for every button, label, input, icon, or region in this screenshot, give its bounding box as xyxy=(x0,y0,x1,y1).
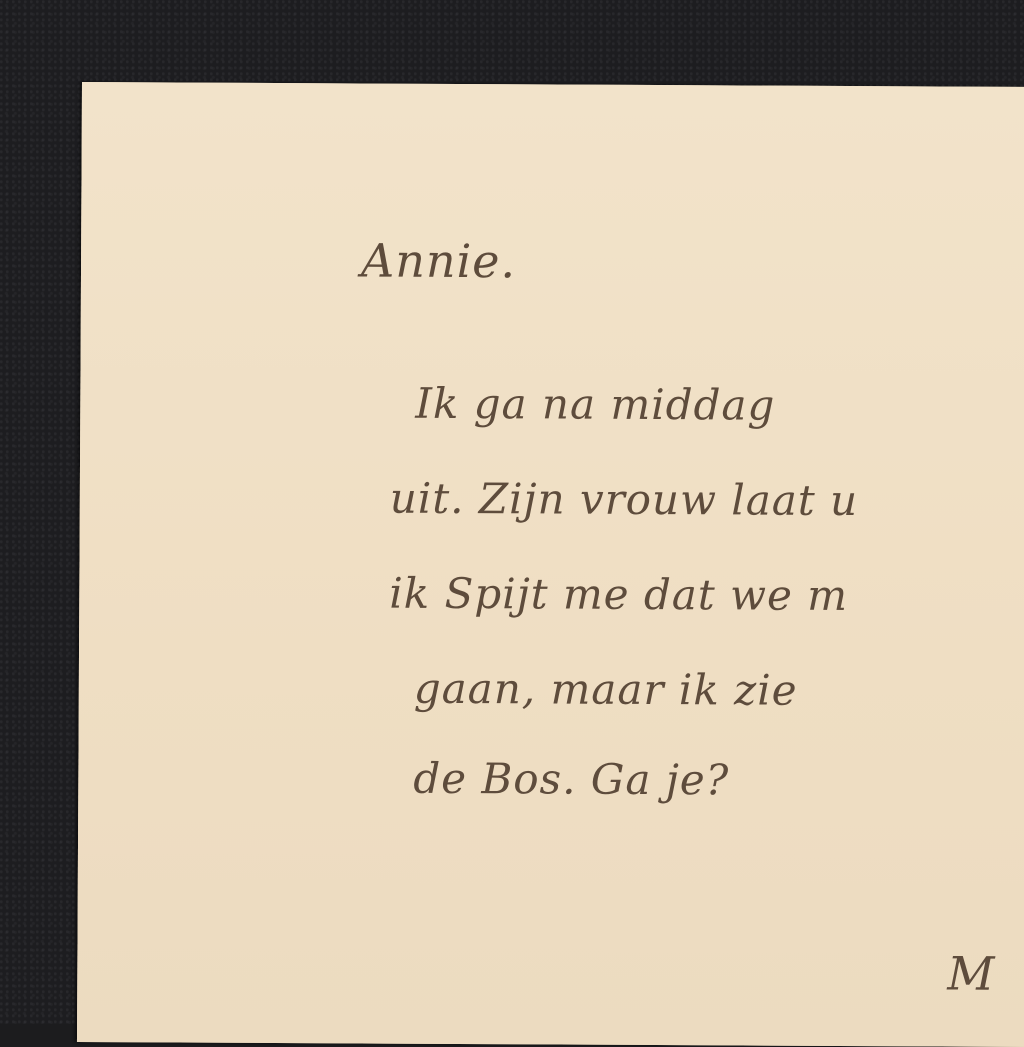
letter-paper: Annie. Ik ga na middag uit. Zijn vrouw l… xyxy=(77,82,1024,1024)
letter-line: de Bos. Ga je? xyxy=(413,754,729,805)
letter-salutation: Annie. xyxy=(361,233,516,288)
letter-line: uit. Zijn vrouw laat u xyxy=(390,474,859,525)
letter-line: ik Spijt me dat we m xyxy=(389,569,848,620)
letter-signature: M xyxy=(947,947,995,1001)
letter-line: gaan, maar ik zie xyxy=(414,664,798,715)
letter-line: Ik ga na middag xyxy=(415,379,775,430)
